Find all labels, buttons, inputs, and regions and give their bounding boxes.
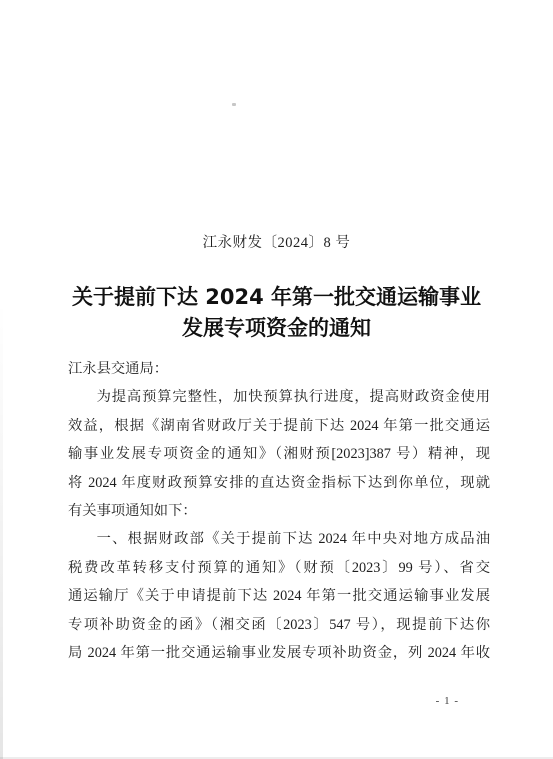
document-title-line-2: 发展专项资金的通知 [0, 313, 553, 344]
body-line: 局 2024 年第一批交通运输事业发展专项补助资金，列 2024 年收 [68, 639, 490, 667]
body-line: 税费改革转移支付预算的通知》（财预〔2023〕99 号）、省交 [68, 554, 490, 582]
document-number: 江永财发〔2024〕8 号 [0, 231, 553, 252]
document-title: 关于提前下达 2024 年第一批交通运输事业 发展专项资金的通知 [0, 282, 553, 344]
page-edge-shadow-left [0, 300, 3, 759]
body-line: 为提高预算完整性，加快预算执行进度，提高财政资金使用 [68, 383, 490, 411]
scanned-document-page: 江永财发〔2024〕8 号 关于提前下达 2024 年第一批交通运输事业 发展专… [0, 0, 553, 759]
body-line: 一、根据财政部《关于提前下达 2024 年中央对地方成品油 [68, 525, 490, 553]
body-line: 专项补助资金的函》（湘交函〔2023〕547 号），现提前下达你 [68, 611, 490, 639]
page-number: - 1 - [436, 695, 459, 707]
body-line: 有关事项通知如下： [68, 497, 490, 525]
scan-speck [232, 103, 236, 106]
body-line: 输事业发展专项资金的通知》（湘财预[2023]387 号）精神，现 [68, 440, 490, 468]
document-body: 江永县交通局： 为提高预算完整性，加快预算执行进度，提高财政资金使用效益，根据《… [68, 355, 490, 667]
body-line: 效益，根据《湖南省财政厅关于提前下达 2024 年第一批交通运 [68, 412, 490, 440]
document-title-line-1: 关于提前下达 2024 年第一批交通运输事业 [0, 282, 553, 313]
body-line: 通运输厅《关于申请提前下达 2024 年第一批交通运输事业发展 [68, 582, 490, 610]
body-line: 将 2024 年度财政预算安排的直达资金指标下达到你单位，现就 [68, 469, 490, 497]
body-text: 为提高预算完整性，加快预算执行进度，提高财政资金使用效益，根据《湖南省财政厅关于… [68, 383, 490, 667]
salutation: 江永县交通局： [68, 355, 490, 383]
